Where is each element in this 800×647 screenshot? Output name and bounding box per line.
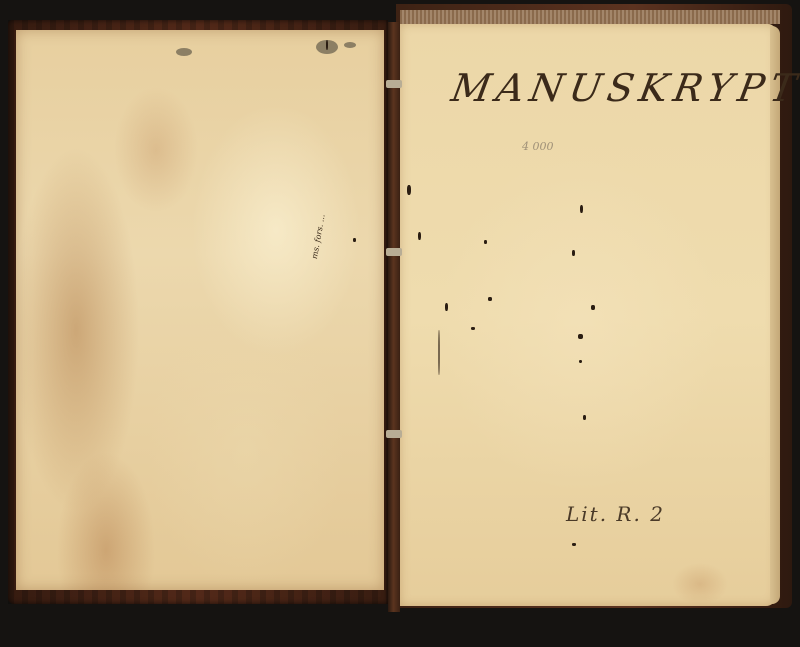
manuscript-title: MANUSKRYPT: [448, 66, 800, 110]
ink-speck: [438, 330, 440, 375]
ink-speck: [326, 40, 328, 50]
stain: [176, 48, 192, 56]
ink-speck: [488, 297, 492, 301]
ink-speck: [418, 232, 421, 240]
pencil-note: 4 000: [522, 140, 554, 153]
ink-speck: [579, 360, 582, 363]
ink-speck: [583, 415, 586, 420]
stain: [344, 42, 356, 48]
sewing-band: [386, 430, 402, 438]
text-block-head-edge: [400, 10, 780, 24]
ink-speck: [572, 250, 575, 256]
ink-speck: [353, 238, 356, 242]
photo-background: ms. fors. ... MANUSKRYPT 4 000 Lit. R. 2: [0, 0, 800, 647]
ink-speck: [572, 543, 576, 546]
spine-gutter: [388, 22, 400, 612]
sewing-band: [386, 80, 402, 88]
shelfmark: Lit. R. 2: [566, 502, 665, 526]
sewing-band: [386, 248, 402, 256]
ink-speck: [591, 305, 595, 310]
ink-speck: [578, 334, 583, 339]
left-pastedown-page: [16, 30, 384, 590]
fore-edge: [770, 26, 780, 604]
ink-speck: [484, 240, 487, 244]
ink-speck: [471, 327, 475, 330]
ink-speck: [580, 205, 583, 213]
ink-speck: [407, 185, 411, 195]
ink-speck: [445, 303, 448, 311]
